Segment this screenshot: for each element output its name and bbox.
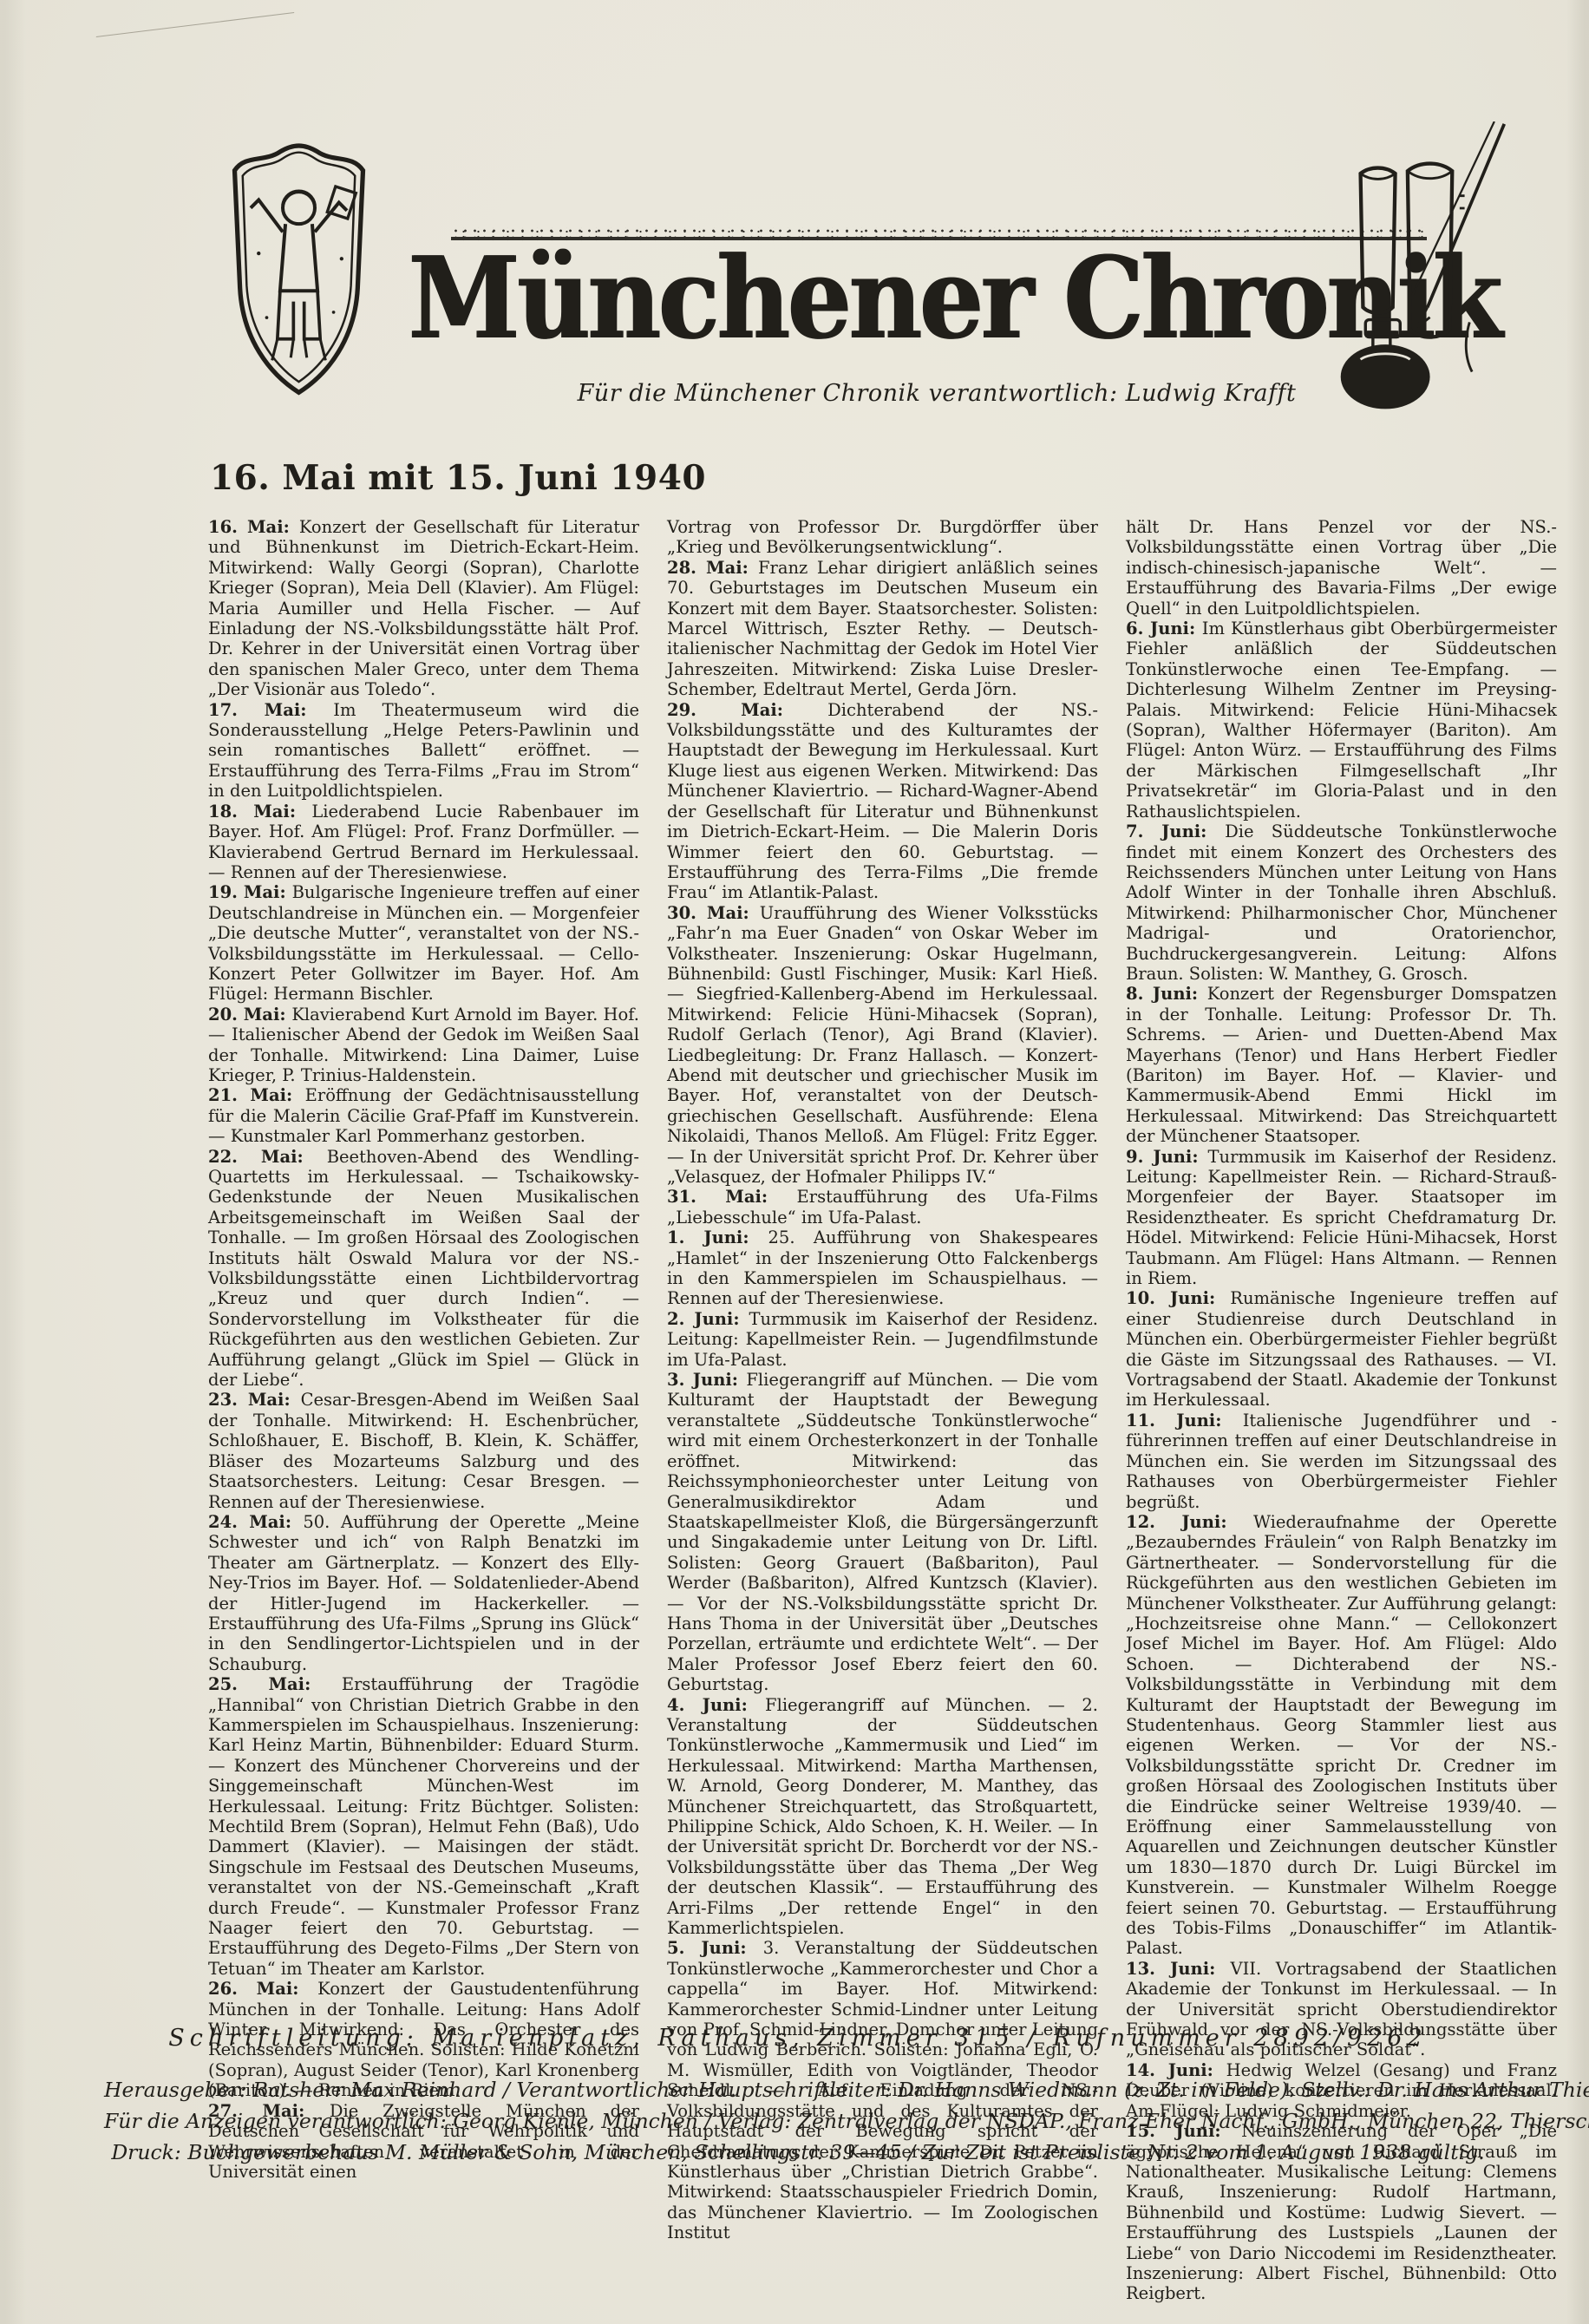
entry-text: Vortrag von Professor Dr. Burgdörffer üb… bbox=[667, 517, 1098, 557]
muenchner-kindl-shield-icon bbox=[219, 130, 379, 403]
inkwell-quills-icon bbox=[1336, 121, 1509, 416]
chronicle-entry: 16. Mai: Konzert der Gesellschaft für Li… bbox=[208, 517, 639, 700]
chronicle-entry: hält Dr. Hans Penzel vor der NS.-Volksbi… bbox=[1126, 517, 1557, 619]
chronicle-entry: 6. Juni: Im Künstlerhaus gibt Oberbürger… bbox=[1126, 619, 1557, 822]
entry-date-label: 20. Mai: bbox=[208, 1005, 291, 1025]
entry-date-label: 23. Mai: bbox=[208, 1390, 301, 1410]
entry-date-label: 6. Juni: bbox=[1126, 619, 1202, 638]
chronicle-entry: 4. Juni: Fliegerangriff auf München. — 2… bbox=[667, 1695, 1098, 1939]
entry-date-label: 29. Mai: bbox=[667, 700, 827, 720]
entry-date-label: 11. Juni: bbox=[1126, 1411, 1243, 1430]
entry-date-label: 24. Mai: bbox=[208, 1512, 303, 1532]
chronicle-entry: 1. Juni: 25. Aufführung von Shakespeares… bbox=[667, 1227, 1098, 1309]
entry-text: Beethoven-Abend des Wendling-Quartetts i… bbox=[208, 1147, 639, 1390]
chronicle-entry: 24. Mai: 50. Aufführung der Operette „Me… bbox=[208, 1512, 639, 1674]
imprint-editorial-line: Schriftleitung: Marienplatz, Rathaus, Zi… bbox=[104, 2025, 1492, 2052]
page-subtitle: Für die Münchener Chronik verantwortlich… bbox=[408, 380, 1466, 407]
chronicle-entry: 18. Mai: Liederabend Lucie Rabenbauer im… bbox=[208, 802, 639, 883]
entry-date-label: 19. Mai: bbox=[208, 882, 292, 902]
entry-date-label: 21. Mai: bbox=[208, 1085, 305, 1105]
entry-date-label: 13. Juni: bbox=[1126, 1959, 1231, 1979]
imprint-ads-line: Für die Anzeigen verantwortlich: Georg K… bbox=[104, 2105, 1492, 2137]
entry-date-label: 16. Mai: bbox=[208, 517, 299, 537]
entry-date-label: 31. Mai: bbox=[667, 1187, 797, 1207]
chronicle-entry: 30. Mai: Uraufführung des Wiener Volksst… bbox=[667, 903, 1098, 1188]
chronicle-entry: 9. Juni: Turmmusik im Kaiserhof der Resi… bbox=[1126, 1147, 1557, 1289]
entry-text: Wiederaufnahme der Operette „Bezaubernde… bbox=[1126, 1512, 1557, 1959]
entry-date-label: 18. Mai: bbox=[208, 802, 311, 822]
chronicle-entry: 8. Juni: Konzert der Regensburger Domspa… bbox=[1126, 984, 1557, 1146]
entry-text: Fliegerangriff auf München. — 2. Veranst… bbox=[667, 1695, 1098, 1938]
entry-date-label: 12. Juni: bbox=[1126, 1512, 1253, 1532]
chronicle-entry: 23. Mai: Cesar-Bresgen-Abend im Weißen S… bbox=[208, 1390, 639, 1511]
entry-text: Uraufführung des Wiener Volksstücks „Fah… bbox=[667, 903, 1098, 1187]
chronicle-entry: 25. Mai: Erstaufführung der Tragödie „Ha… bbox=[208, 1674, 639, 1979]
chronicle-entry: 17. Mai: Im Theatermuseum wird die Sonde… bbox=[208, 700, 639, 802]
page-title: Münchener Chronik bbox=[408, 232, 1466, 364]
entry-date-label: 26. Mai: bbox=[208, 1979, 317, 1999]
entry-date-label: 22. Mai: bbox=[208, 1147, 327, 1167]
chronicle-entry: 28. Mai: Franz Lehar dirigiert anläßlich… bbox=[667, 558, 1098, 700]
entry-date-label: 10. Juni: bbox=[1126, 1288, 1230, 1308]
chronicle-entry: 22. Mai: Beethoven-Abend des Wendling-Qu… bbox=[208, 1147, 639, 1391]
chronicle-column: Vortrag von Professor Dr. Burgdörffer üb… bbox=[667, 517, 1098, 2243]
chronicle-entry: 11. Juni: Italienische Jugendführer und … bbox=[1126, 1411, 1557, 1512]
chronicle-entry: 12. Juni: Wiederaufnahme der Operette „B… bbox=[1126, 1512, 1557, 1959]
imprint-print-line: Druck: Buchgewerbehaus M. Müller & Sohn,… bbox=[104, 2137, 1492, 2168]
masthead: Münchener Chronik Für die Münchener Chro… bbox=[0, 0, 1589, 451]
chronicle-entry: 29. Mai: Dichterabend der NS.-Volksbildu… bbox=[667, 700, 1098, 903]
entry-text: Konzert der Gesellschaft für Literatur u… bbox=[208, 517, 639, 699]
date-range-heading: 16. Mai mit 15. Juni 1940 bbox=[210, 458, 706, 498]
entry-date-label: 5. Juni: bbox=[667, 1938, 763, 1958]
entry-text: Erstaufführung der Tragödie „Hannibal“ v… bbox=[208, 1674, 639, 1979]
entry-text: Fliegerangriff auf München. — Die vom Ku… bbox=[667, 1370, 1098, 1694]
entry-date-label: 8. Juni: bbox=[1126, 984, 1207, 1004]
imprint-footer: Schriftleitung: Marienplatz, Rathaus, Zi… bbox=[104, 2025, 1492, 2168]
entry-date-label: 4. Juni: bbox=[667, 1695, 765, 1715]
chronicle-entry: 2. Juni: Turmmusik im Kaiserhof der Resi… bbox=[667, 1309, 1098, 1370]
chronicle-entry: 19. Mai: Bulgarische Ingenieure treffen … bbox=[208, 882, 639, 1004]
entry-date-label: 3. Juni: bbox=[667, 1370, 746, 1390]
chronicle-entry: Vortrag von Professor Dr. Burgdörffer üb… bbox=[667, 517, 1098, 558]
entry-text: Turmmusik im Kaiserhof der Residenz. Lei… bbox=[1126, 1147, 1557, 1288]
entry-date-label: 7. Juni: bbox=[1126, 822, 1225, 841]
entry-date-label: 1. Juni: bbox=[667, 1227, 768, 1247]
imprint-publisher-line: Herausgeber: Ratsherr Max Reinhard / Ver… bbox=[104, 2074, 1492, 2105]
entry-text: 50. Aufführung der Operette „Meine Schwe… bbox=[208, 1512, 639, 1674]
chronicle-entry: 7. Juni: Die Süddeutsche Tonkünstlerwoch… bbox=[1126, 822, 1557, 984]
entry-date-label: 28. Mai: bbox=[667, 558, 758, 578]
entry-date-label: 30. Mai: bbox=[667, 903, 760, 923]
entry-text: Franz Lehar dirigiert anläßlich seines 7… bbox=[667, 558, 1098, 699]
entry-date-label: 25. Mai: bbox=[208, 1674, 342, 1694]
entry-date-label: 9. Juni: bbox=[1126, 1147, 1208, 1167]
entry-date-label: 2. Juni: bbox=[667, 1309, 749, 1329]
chronicle-entry: 20. Mai: Klavierabend Kurt Arnold im Bay… bbox=[208, 1005, 639, 1086]
chronicle-entry: 3. Juni: Fliegerangriff auf München. — D… bbox=[667, 1370, 1098, 1695]
entry-date-label: 17. Mai: bbox=[208, 700, 333, 720]
chronicle-entry: 10. Juni: Rumänische Ingenieure treffen … bbox=[1126, 1288, 1557, 1410]
chronicle-entry: 31. Mai: Erstaufführung des Ufa-Films „L… bbox=[667, 1187, 1098, 1227]
entry-text: Im Künstlerhaus gibt Oberbürgermeister F… bbox=[1126, 619, 1557, 822]
entry-text: Die Süddeutsche Tonkünstlerwoche findet … bbox=[1126, 822, 1557, 984]
entry-text: Dichterabend der NS.-Volksbildungsstätte… bbox=[667, 700, 1098, 903]
entry-text: hält Dr. Hans Penzel vor der NS.-Volksbi… bbox=[1126, 517, 1557, 619]
chronicle-page: Münchener Chronik Für die Münchener Chro… bbox=[0, 0, 1589, 2324]
chronicle-entry: 21. Mai: Eröffnung der Gedächtnisausstel… bbox=[208, 1085, 639, 1146]
entry-text: Konzert der Regensburger Domspatzen in d… bbox=[1126, 984, 1557, 1146]
chronicle-column: 16. Mai: Konzert der Gesellschaft für Li… bbox=[208, 517, 639, 2182]
